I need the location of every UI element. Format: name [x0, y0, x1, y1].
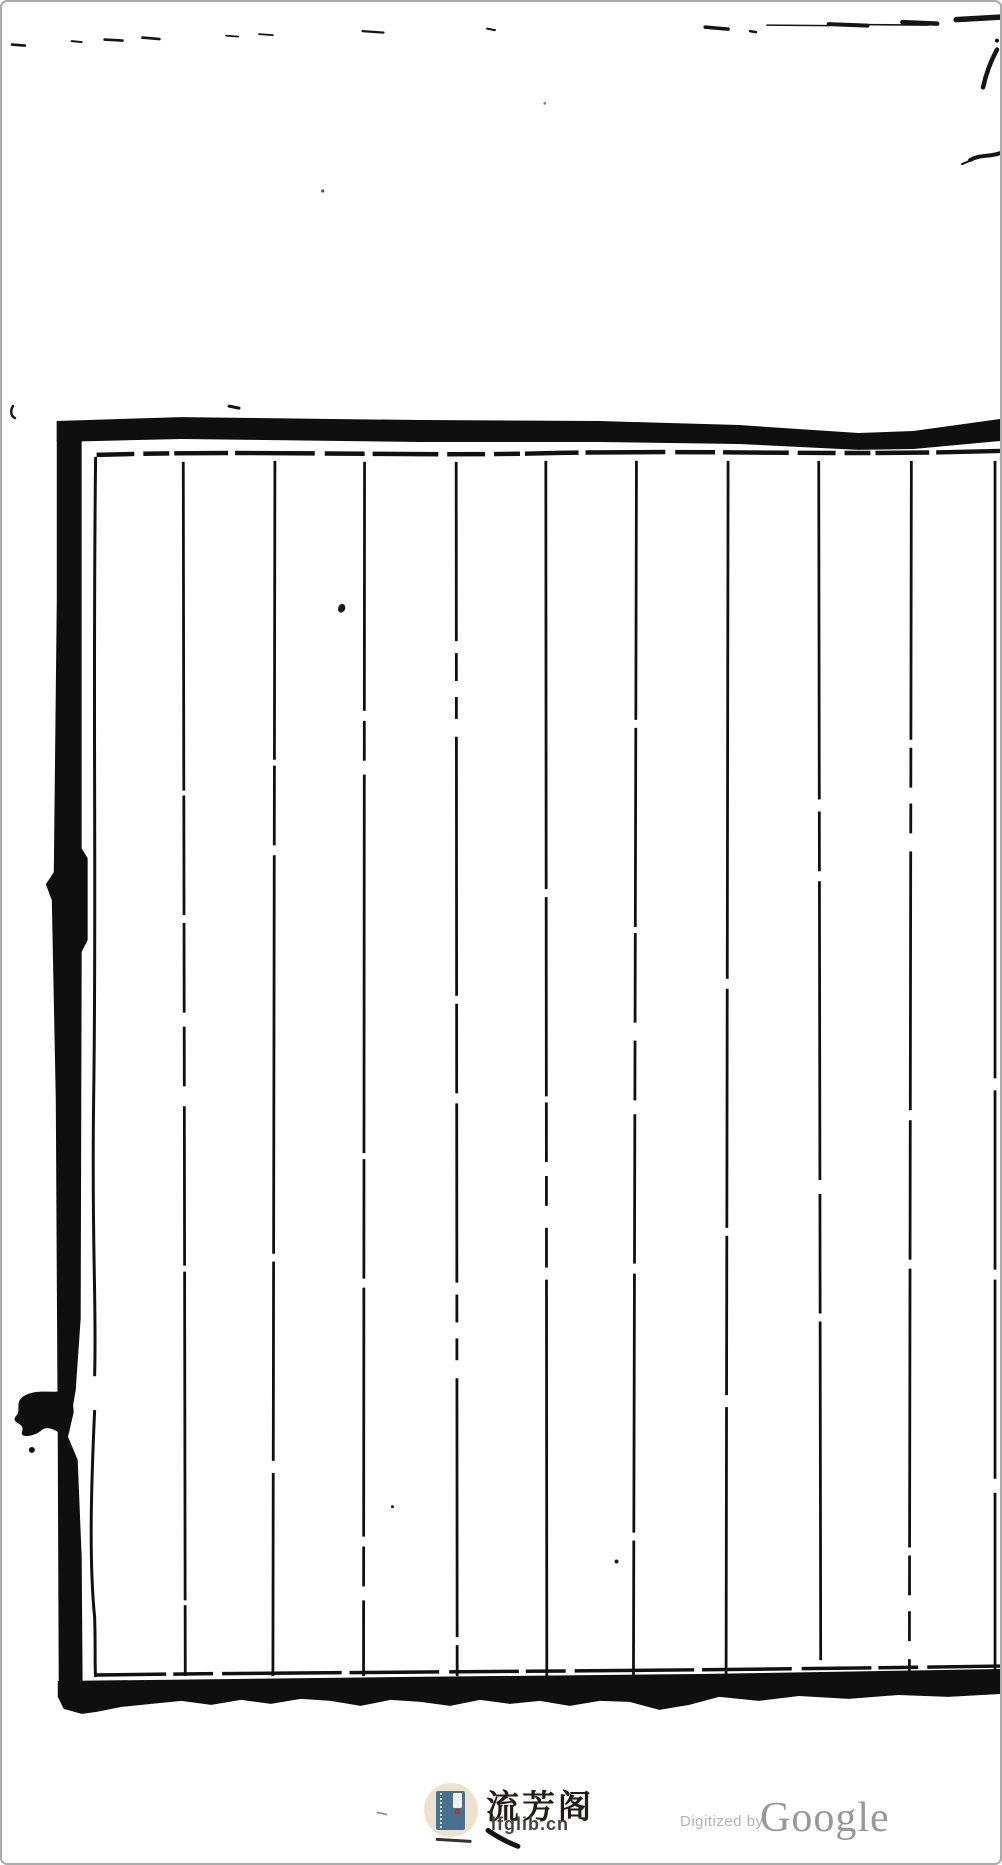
page-edge-dash: [956, 17, 1000, 19]
scanned-book-page: 流芳阁 lfglib.cn Digitized by Google: [0, 0, 1002, 1865]
column-line-1: [183, 462, 185, 1676]
book-title-label: [453, 1793, 462, 1808]
inner-left-line-lower: [91, 1410, 95, 1677]
edge-mark-right: [970, 153, 1000, 160]
frame-bottom-border: [58, 1669, 1000, 1714]
book-seal-decoration: [455, 1809, 460, 1814]
speck: [995, 39, 999, 43]
speck: [544, 102, 547, 105]
speck: [391, 1505, 394, 1508]
page-edge-dash: [363, 31, 384, 32]
column-line-9: [909, 461, 911, 1676]
page-edge-dash: [705, 27, 728, 29]
speck: [615, 1559, 619, 1563]
page-edge-dash: [750, 31, 756, 32]
page-scan-artwork: [2, 2, 1000, 1863]
page-edge-dash: [259, 34, 273, 35]
column-line-2: [273, 461, 275, 1676]
page-edge-dash: [72, 41, 82, 42]
mark-below-watermark: [437, 1839, 470, 1841]
book-logo-icon: [436, 1791, 465, 1830]
frame-left-border: [46, 421, 88, 1696]
watermark-site-url: lfglib.cn: [491, 1814, 569, 1835]
digitized-by-label: Digitized by: [680, 1813, 764, 1830]
page-edge-dash: [12, 45, 25, 46]
ink-dot-in-grid: [337, 603, 347, 614]
column-line-8: [819, 461, 821, 1676]
column-line-5: [546, 461, 547, 1676]
column-line-7: [726, 461, 728, 1676]
page-edge-dash: [487, 29, 495, 30]
ink-drip-dot: [29, 1447, 35, 1453]
page-edge-dash: [226, 36, 238, 37]
slash-mark-top-right: [983, 50, 997, 88]
column-line-6: [633, 461, 636, 1676]
book-stitch-decoration: [440, 1793, 442, 1828]
page-edge-dash: [105, 40, 123, 41]
gray-dash-watermark: [377, 1812, 386, 1814]
ink-blob-left: [15, 1390, 74, 1438]
inner-left-line: [93, 457, 95, 1376]
page-edge-dash: [142, 38, 159, 39]
google-wordmark: Google: [760, 1794, 890, 1842]
column-line-4: [456, 462, 457, 1676]
dash-above-frame: [229, 406, 239, 408]
frame-top-border: [57, 417, 1000, 450]
comma-mark-left: [11, 406, 15, 418]
page-edge-dash: [829, 24, 868, 25]
column-line-3: [364, 462, 365, 1676]
lfglib-logo: [424, 1783, 478, 1837]
inner-top-line: [97, 451, 1000, 455]
speck: [321, 189, 324, 192]
page-edge-dash: [902, 22, 937, 23]
edge-tick-right: [962, 162, 968, 164]
